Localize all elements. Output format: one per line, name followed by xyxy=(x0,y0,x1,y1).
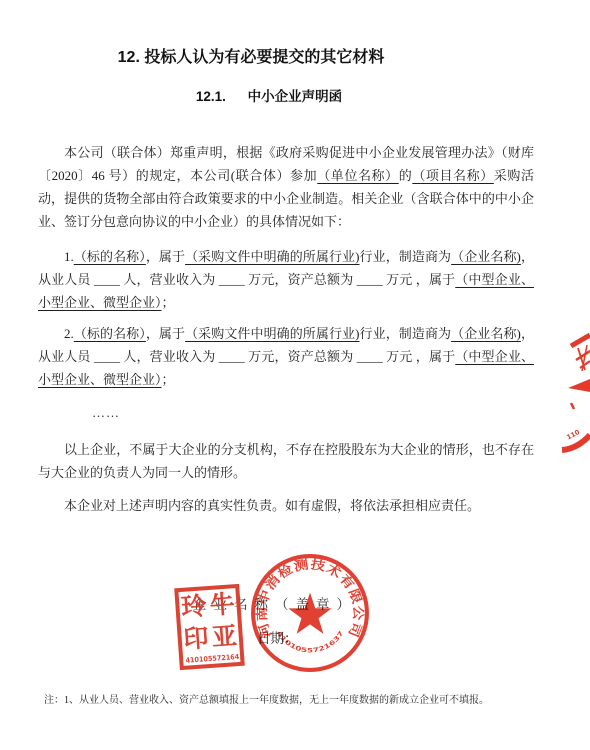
edge-seal-digits: 110 xyxy=(565,428,581,442)
ellipsis-line: …… xyxy=(92,401,534,424)
star-icon xyxy=(288,593,331,634)
text-run: ，属于 xyxy=(146,249,185,264)
section-heading: 12.1. 中小企业声明函 xyxy=(36,85,502,105)
section-title: 中小企业声明函 xyxy=(248,89,343,104)
text-run: ； xyxy=(162,295,175,310)
seal-glyph-fragment xyxy=(580,361,590,368)
personal-square-seal: 玲 牛 印 亚 4101055721641 xyxy=(174,584,245,670)
paragraph-item-1: 1.（标的名称），属于（采购文件中明确的所属行业)行业，制造商为（企业名称)，从… xyxy=(38,245,534,314)
seal-glyph-fragment xyxy=(571,403,574,409)
star-point-fragment xyxy=(568,379,590,392)
text-run: （项目名称） xyxy=(412,168,494,183)
document-page: 12. 投标人认为有必要提交的其它材料 12.1. 中小企业声明函 本公司（联合… xyxy=(0,0,590,750)
square-seal-characters: 玲 牛 印 亚 xyxy=(178,588,239,657)
text-run: （企业名称) xyxy=(451,326,521,341)
footnote: 注：1、从业人员、营业收入、资产总额填报上一年度数据，无上一年度数据的新成立企业… xyxy=(44,691,554,706)
text-run: 行业，制造商为 xyxy=(359,249,451,264)
text-run: （单位名称） xyxy=(317,168,399,183)
edge-paging-seal-fragment: 110 xyxy=(543,318,590,478)
square-seal-char: 印 xyxy=(181,625,211,654)
seal-glyph-fragment xyxy=(576,351,590,360)
text-run: 1. xyxy=(64,249,74,264)
paragraph-item-2: 2.（标的名称），属于（采购文件中明确的所属行业)行业，制造商为（企业名称)，从… xyxy=(38,322,534,391)
text-run: （标的名称） xyxy=(74,326,146,341)
seal-rim-fragment xyxy=(571,335,590,346)
square-seal-char: 亚 xyxy=(209,623,239,652)
paragraph-no-large-enterprise: 以上企业，不属于大企业的分支机构，不存在控股股东为大企业的情形，也不存在与大企业… xyxy=(38,438,534,484)
text-run: 的 xyxy=(399,168,413,183)
square-seal-char: 牛 xyxy=(207,591,237,620)
text-run: （采购文件中明确的所属行业) xyxy=(185,249,359,264)
text-run: （标的名称） xyxy=(74,249,146,264)
text-run: ； xyxy=(162,372,175,387)
round-seal-number: 4101055721637 xyxy=(275,630,345,654)
text-run: 2. xyxy=(64,326,74,341)
paragraph-declaration: 本公司（联合体）郑重声明，根据《政府采购促进中小企业发展管理办法》（财库〔202… xyxy=(38,141,534,233)
section-number: 12.1. xyxy=(196,89,226,104)
paragraph-responsibility: 本企业对上述声明内容的真实性负责。如有虚假，将依法承担相应责任。 xyxy=(38,494,534,517)
text-run: 行业，制造商为 xyxy=(359,326,451,341)
document-title: 12. 投标人认为有必要提交的其它材料 xyxy=(36,44,466,67)
document-body: 本公司（联合体）郑重声明，根据《政府采购促进中小企业发展管理办法》（财库〔202… xyxy=(38,141,534,517)
text-run: ，属于 xyxy=(146,326,185,341)
text-run: （企业名称) xyxy=(451,249,521,264)
text-run: （采购文件中明确的所属行业) xyxy=(185,326,359,341)
square-seal-char: 玲 xyxy=(179,593,209,622)
svg-text:4101055721637: 4101055721637 xyxy=(275,630,345,654)
company-round-seal: 河南中消检测技术有限公司 4101055721637 xyxy=(249,552,371,674)
